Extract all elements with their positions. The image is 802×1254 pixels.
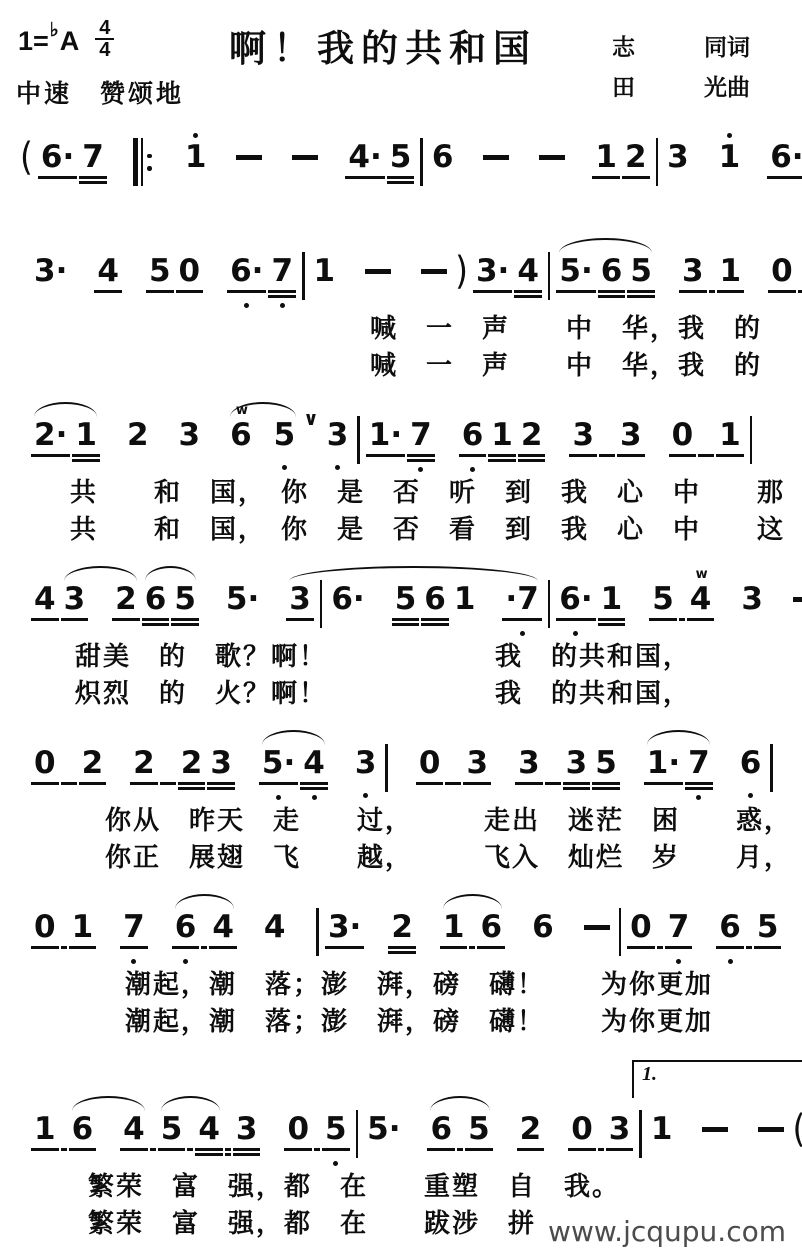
note-cell: ( (16, 124, 37, 194)
beam (716, 946, 744, 949)
note-cell: 7 (119, 894, 149, 966)
beam (176, 290, 204, 293)
octave-dot-below (131, 959, 136, 964)
beam (322, 1148, 350, 1151)
note-cell: 0 (415, 730, 445, 802)
barline (352, 402, 365, 464)
beam (709, 290, 715, 293)
beam (592, 176, 620, 179)
note-cell: 3 (462, 730, 492, 802)
beam (469, 946, 475, 949)
beam (146, 290, 174, 293)
system-2: 3·4506·71)3·45·6531071喊 一 声 中 华，我 的喊 一 声… (16, 238, 786, 384)
notation: (6·714·5612316·5463·4506·71)3·45·6531071… (0, 118, 802, 1242)
barline (651, 124, 664, 186)
beam (687, 618, 715, 621)
beam (457, 1148, 463, 1151)
beam (679, 290, 707, 293)
composer-name: 田 (612, 68, 635, 108)
composer-credit: 田 光曲 (612, 68, 750, 108)
note-cell: 2 (177, 730, 207, 802)
watermark: www.jcqupu.com (548, 1215, 786, 1248)
octave-dot-below (418, 467, 423, 472)
beam (366, 454, 405, 457)
beam (416, 782, 444, 785)
duration-dash (580, 894, 614, 930)
beam (598, 290, 626, 293)
beam (209, 946, 237, 949)
beam (598, 623, 626, 626)
beam (268, 295, 296, 298)
note-cell: 3· (30, 238, 71, 308)
beam (657, 946, 663, 949)
note-cell: 6 (715, 894, 745, 966)
octave-dot-below (676, 959, 681, 964)
note-cell: 0 (668, 402, 698, 474)
beam (195, 1148, 223, 1151)
barline (765, 730, 778, 792)
beam (31, 454, 70, 457)
beam (225, 1148, 231, 1151)
note-cell: 4 (30, 566, 60, 638)
beam (622, 176, 650, 179)
notes-row: 2·123w65∨31·76123301 (30, 402, 786, 474)
beam (31, 782, 59, 785)
sheet-music-page: 1=♭A 4 4 啊！我的共和国 志 同词 田 光曲 中速 赞颂地 (6·714… (0, 0, 802, 1254)
beam (716, 454, 744, 457)
barline (415, 124, 428, 186)
beam (120, 946, 148, 949)
beam (407, 454, 435, 457)
note-cell: 4 (513, 238, 543, 310)
beam (569, 454, 597, 457)
octave-dot-below (244, 303, 249, 308)
note-cell: 4 (93, 238, 123, 310)
beam (679, 618, 685, 621)
beam (627, 290, 655, 293)
beam (427, 1148, 455, 1151)
note-cell: 1 (181, 124, 211, 194)
beam (61, 946, 67, 949)
note-cell: 0 (567, 1096, 597, 1168)
lyrics-row: 繁荣 富 强，都 在 重塑 自 我。 (88, 1168, 786, 1205)
barline (543, 238, 556, 300)
note-cell: 3 (175, 402, 205, 472)
note-cell: 0 (175, 238, 205, 310)
note-cell: 6· (766, 124, 802, 196)
beam (150, 1148, 156, 1151)
beam (207, 782, 235, 785)
beam (685, 787, 713, 790)
beam (69, 946, 97, 949)
note-cell: 6· (37, 124, 78, 196)
beam (665, 946, 693, 949)
beam (268, 290, 296, 293)
note-cell: 6 (458, 402, 488, 474)
lyrics-row: 炽烈 的 火？啊！ 我 的共和国， (75, 675, 786, 712)
notes-row: 0176443·216607651 (30, 894, 786, 966)
note-cell: 6 (528, 894, 558, 964)
note-cell: 7 (267, 238, 297, 310)
beam (598, 618, 626, 621)
note-cell: 0 (30, 894, 60, 966)
beam (142, 623, 170, 626)
beam (286, 618, 314, 621)
barline (543, 566, 556, 628)
beam (112, 618, 140, 621)
note-cell: 6· (226, 238, 267, 310)
beam-spacer (598, 402, 616, 474)
system-1: (6·714·5612316·546 (16, 124, 786, 196)
beam (31, 618, 59, 621)
volta-label: 1. (642, 1062, 657, 1086)
beam (488, 459, 516, 462)
note-cell: 5· (363, 1096, 404, 1166)
duration-dash (789, 566, 802, 602)
note-cell: 7 (406, 402, 436, 474)
note-cell: 6· (555, 566, 596, 638)
beam-spacer (313, 1096, 321, 1168)
breath-mark: ∨ (299, 402, 322, 429)
beam (284, 1148, 312, 1151)
note-cell: 6 (428, 124, 458, 194)
header: 1=♭A 4 4 啊！我的共和国 志 同词 田 光曲 中速 赞颂地 (0, 0, 802, 118)
beam (38, 176, 77, 179)
beam (388, 951, 416, 954)
beam (477, 946, 505, 949)
lyrics-row: 潮起，潮 落；澎 湃，磅 礴！ 为你更加 (125, 966, 786, 1003)
system-3: 2·123w65∨31·76123301共 和 国， 你 是 否 听 到 我 心… (16, 402, 786, 548)
octave-dot-below (276, 795, 281, 800)
note-cell: 5 (145, 238, 175, 310)
lyrics-row: 喊 一 声 中 华，我 的 (370, 347, 786, 384)
beam (515, 782, 543, 785)
note-cell: 5 (386, 124, 416, 196)
note-cell: 1 (30, 1096, 60, 1168)
barline (634, 1096, 647, 1158)
beam (407, 459, 435, 462)
beam (514, 295, 542, 298)
beam (387, 181, 415, 184)
beam-spacer (708, 238, 716, 310)
beam (598, 295, 626, 298)
mordent-ornament: w (696, 569, 706, 581)
system-6: 0176443·216607651潮起，潮 落；澎 湃，磅 礴！ 为你更加潮起，… (16, 894, 786, 1040)
note-cell: ) (451, 238, 472, 308)
beam (325, 946, 364, 949)
lyrics-row: 喊 一 声 中 华，我 的 (370, 310, 786, 347)
note-cell: 2 (517, 402, 547, 474)
beam (754, 946, 782, 949)
beam (598, 1148, 604, 1151)
beam (545, 782, 561, 785)
beam-spacer (60, 1096, 68, 1168)
beam (314, 1148, 320, 1151)
beam (392, 618, 420, 621)
beam (187, 1148, 193, 1151)
beam (568, 1148, 596, 1151)
note-cell: 3 (562, 730, 592, 802)
note-cell: 3 (514, 730, 544, 802)
lyrics-row: 甜美 的 歌？啊！ 我 的共和国， (75, 638, 786, 675)
duration-dash (232, 124, 266, 160)
octave-dot-above (727, 133, 732, 138)
beam-spacer (159, 730, 177, 802)
beam (556, 290, 595, 293)
note-cell: 0 (767, 238, 797, 310)
note-cell: 2 (129, 730, 159, 802)
note-cell: 3 (206, 730, 236, 802)
barline (745, 402, 758, 464)
lyricist-role: 同词 (704, 28, 750, 68)
octave-dot-below (520, 631, 525, 636)
beam (440, 946, 468, 949)
beam (746, 946, 752, 949)
repeat-start-sign (130, 124, 159, 186)
note-cell: 3 (663, 124, 693, 194)
beam-spacer (678, 566, 686, 638)
beam-spacer (60, 894, 68, 966)
note-cell: 5 (591, 730, 621, 802)
note-cell: 7 (664, 894, 694, 966)
note-cell: 4· (344, 124, 385, 196)
beam (61, 1148, 67, 1151)
beam (130, 782, 158, 785)
credits: 志 同词 田 光曲 (612, 28, 750, 108)
beam (768, 290, 796, 293)
note-cell: 6 (736, 730, 766, 800)
beam (717, 290, 745, 293)
octave-dot-below (312, 795, 317, 800)
duration-dash (417, 238, 451, 274)
beam-spacer (697, 402, 715, 474)
note-cell: 5 (321, 1096, 351, 1168)
system-4: 432655·36·561·76·15w43甜美 的 歌？啊！ 我 的共和国，炽… (16, 566, 786, 712)
notes-row: (6·714·5612316·546 (16, 124, 786, 196)
note-cell: 0 (283, 1096, 313, 1168)
duration-dash (288, 124, 322, 160)
note-cell: 5· (222, 566, 263, 636)
beam (606, 1148, 634, 1151)
barline (614, 894, 627, 956)
volta-bracket: 1. (632, 1060, 802, 1098)
notes-row: 3·4506·71)3·45·6531071 (30, 238, 786, 310)
note-cell: 3 (568, 402, 598, 474)
beam (798, 290, 802, 293)
octave-dot-below (696, 795, 701, 800)
note-cell: w4 (686, 566, 716, 638)
note-cell: 2 (387, 894, 417, 966)
note-cell: 3 (351, 730, 381, 800)
beam (227, 290, 266, 293)
beam (233, 1153, 261, 1156)
octave-dot-below (728, 959, 733, 964)
note-cell: 1· (365, 402, 406, 474)
beam (518, 454, 546, 457)
note-cell: 2 (516, 1096, 546, 1168)
beam (79, 176, 107, 179)
octave-dot-below (470, 467, 475, 472)
note-cell: 1 (310, 238, 340, 308)
lyricist-name: 志 (612, 28, 635, 68)
octave-dot-below (363, 793, 368, 798)
beam (72, 459, 100, 462)
tempo-marking: 中速 赞颂地 (16, 74, 184, 110)
beam (61, 618, 89, 621)
beam (259, 782, 298, 785)
beam (120, 1148, 148, 1151)
beam (178, 782, 206, 785)
beam (685, 782, 713, 785)
beam (518, 459, 546, 462)
lyrics-row: 共 和 国， 你 是 否 看 到 我 心 中 这 (70, 511, 786, 548)
note-cell: 2 (78, 730, 108, 802)
note-cell: 3 (605, 1096, 635, 1168)
duration-dash (361, 238, 395, 274)
beam (345, 176, 384, 179)
octave-dot-below (333, 1161, 338, 1166)
beam (617, 454, 645, 457)
beam (300, 782, 328, 785)
beam-spacer (544, 730, 562, 802)
beam (195, 1153, 223, 1156)
beam (514, 290, 542, 293)
lyricist-credit: 志 同词 (612, 28, 750, 68)
beam (61, 782, 77, 785)
note-cell: 4 (260, 894, 290, 964)
beam (502, 618, 541, 621)
beam (171, 623, 199, 626)
beam (627, 295, 655, 298)
beam (463, 782, 491, 785)
beam (556, 618, 595, 621)
beam (669, 454, 697, 457)
beam (94, 290, 122, 293)
duration-dash (754, 1096, 788, 1132)
beam (465, 1148, 493, 1151)
beam (592, 787, 620, 790)
beam (178, 787, 206, 790)
note-cell: 5 (648, 566, 678, 638)
beam-spacer (444, 730, 462, 802)
beam (767, 176, 802, 179)
beam (473, 290, 512, 293)
beam (488, 454, 516, 457)
lyrics-row: 共 和 国， 你 是 否 听 到 我 心 中 那 (70, 474, 786, 511)
beam (388, 946, 416, 949)
barline (380, 730, 393, 792)
note-cell: 1 (591, 124, 621, 196)
barline (297, 238, 310, 300)
note-cell: 1 (68, 894, 98, 966)
beam (649, 618, 677, 621)
system-5: 022235·43033351·76你从 昨天 走 过， 走出 迷茫 困 惑，你… (16, 730, 786, 876)
beam (201, 946, 207, 949)
beam (31, 946, 59, 949)
note-cell: 2 (123, 402, 153, 472)
note-cell: 3· (324, 894, 365, 966)
note-cell: 1 (715, 124, 745, 194)
beam (421, 618, 449, 621)
beam (69, 1148, 97, 1151)
beam (445, 782, 461, 785)
note-cell: 3 (737, 566, 767, 636)
note-cell: 5 (753, 894, 783, 966)
beam (627, 946, 655, 949)
beam (392, 623, 420, 626)
duration-dash (698, 1096, 732, 1132)
note-cell: 3· (472, 238, 513, 310)
octave-dot-below (335, 465, 340, 470)
beam (72, 454, 100, 457)
note-cell: 1 (716, 238, 746, 310)
note-cell: 0 (30, 730, 60, 802)
beam (172, 946, 200, 949)
beam (563, 787, 591, 790)
note-cell: 7 (797, 238, 802, 310)
duration-dash (479, 124, 513, 160)
beam (698, 454, 714, 457)
beam (300, 787, 328, 790)
composer-role: 光曲 (704, 68, 750, 108)
note-cell: 3 (678, 238, 708, 310)
duration-dash (535, 124, 569, 160)
beam (79, 181, 107, 184)
beam (225, 1153, 231, 1156)
note-cell: ( (788, 1096, 802, 1166)
beam (79, 782, 107, 785)
beam (207, 787, 235, 790)
beam (563, 782, 591, 785)
beam-spacer (597, 1096, 605, 1168)
beam (171, 618, 199, 621)
note-cell: 3 (232, 1096, 262, 1168)
note-cell: 1 (715, 402, 745, 474)
note-cell: 0 (626, 894, 656, 966)
beam-spacer (745, 894, 753, 966)
lyrics-row: 潮起，潮 落；澎 湃，磅 礴！ 为你更加 (125, 1003, 786, 1040)
note-cell: 3 (323, 402, 353, 472)
note-cell: 1 (597, 566, 627, 638)
octave-dot-below (280, 303, 285, 308)
beam-spacer (149, 1096, 157, 1168)
barline (351, 1096, 364, 1158)
beam (142, 618, 170, 621)
beam (158, 1148, 186, 1151)
octave-dot-below (573, 631, 578, 636)
octave-dot-above (193, 133, 198, 138)
beam (233, 1148, 261, 1151)
octave-dot-below (282, 465, 287, 470)
beam (459, 454, 487, 457)
beam (517, 1148, 545, 1151)
note-cell: 1 (487, 402, 517, 474)
barline (311, 894, 324, 956)
octave-dot-below (183, 959, 188, 964)
note-cell: 2 (621, 124, 651, 196)
beam (599, 454, 615, 457)
note-cell: 1 (647, 1096, 677, 1166)
beam-spacer (224, 1096, 232, 1168)
beam (644, 782, 683, 785)
beam (592, 782, 620, 785)
beam (387, 176, 415, 179)
note-cell: 3 (616, 402, 646, 474)
octave-dot-below (748, 793, 753, 798)
beam (160, 782, 176, 785)
lyrics-row: 你从 昨天 走 过， 走出 迷茫 困 惑， (105, 802, 786, 839)
beam (31, 1148, 59, 1151)
